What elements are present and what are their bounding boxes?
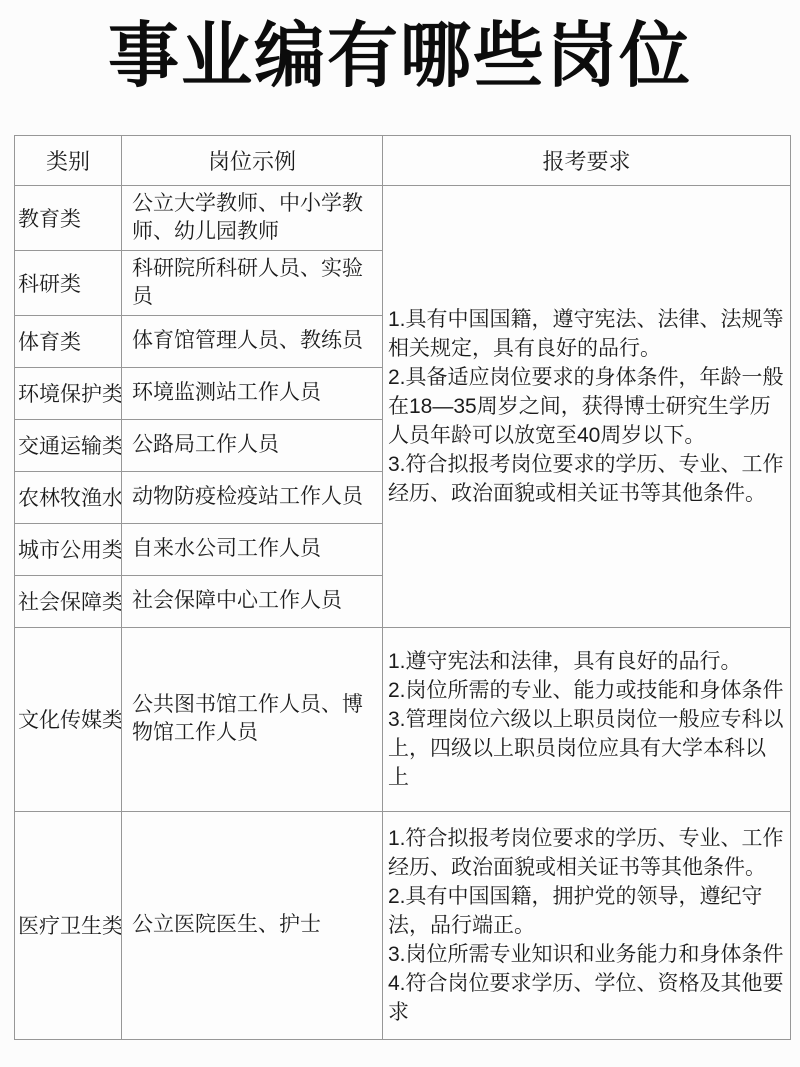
category-cell: 环境保护类 [15,367,122,419]
requirement-item: 3.符合拟报考岗位要求的学历、专业、工作经历、政治面貌或相关证书等其他条件。 [388,450,785,508]
requirement-item: 1.符合拟报考岗位要求的学历、专业、工作经历、政治面貌或相关证书等其他条件。 [388,824,785,882]
examples-cell: 科研院所科研人员、实验员 [122,250,383,315]
category-cell: 教育类 [15,186,122,251]
examples-cell: 社会保障中心工作人员 [122,575,383,627]
examples-cell: 自来水公司工作人员 [122,523,383,575]
requirement-item: 3.管理岗位六级以上职员岗位一般应专科以上，四级以上职员岗位应具有大学本科以上 [388,705,785,792]
requirements-cell-general: 1.具有中国国籍，遵守宪法、法律、法规等相关规定，具有良好的品行。 2.具备适应… [383,186,791,628]
header-requirements: 报考要求 [383,136,791,186]
examples-cell: 动物防疫检疫站工作人员 [122,471,383,523]
requirement-item: 4.符合岗位要求学历、学位、资格及其他要求 [388,969,785,1027]
page-title: 事业编有哪些岗位 [0,0,800,98]
header-category: 类别 [15,136,122,186]
examples-cell: 体育馆管理人员、教练员 [122,315,383,367]
category-cell: 文化传媒类 [15,627,122,811]
requirement-item: 2.具有中国国籍，拥护党的领导，遵纪守法，品行端正。 [388,882,785,940]
requirement-item: 1.遵守宪法和法律，具有良好的品行。 [388,647,785,676]
requirement-item: 2.具备适应岗位要求的身体条件，年龄一般在18—35周岁之间，获得博士研究生学历… [388,363,785,450]
examples-cell: 公立大学教师、中小学教师、幼儿园教师 [122,186,383,251]
category-cell: 体育类 [15,315,122,367]
requirements-cell-medical: 1.符合拟报考岗位要求的学历、专业、工作经历、政治面貌或相关证书等其他条件。 2… [383,811,791,1039]
category-cell: 医疗卫生类 [15,811,122,1039]
requirements-cell-culture: 1.遵守宪法和法律，具有良好的品行。 2.岗位所需的专业、能力或技能和身体条件 … [383,627,791,811]
category-cell: 城市公用类 [15,523,122,575]
table-row: 文化传媒类 公共图书馆工作人员、博物馆工作人员 1.遵守宪法和法律，具有良好的品… [15,627,791,811]
category-cell: 科研类 [15,250,122,315]
category-cell: 交通运输类 [15,419,122,471]
header-examples: 岗位示例 [122,136,383,186]
requirement-item: 1.具有中国国籍，遵守宪法、法律、法规等相关规定，具有良好的品行。 [388,305,785,363]
requirement-item: 2.岗位所需的专业、能力或技能和身体条件 [388,676,785,705]
table-row: 教育类 公立大学教师、中小学教师、幼儿园教师 1.具有中国国籍，遵守宪法、法律、… [15,186,791,251]
requirement-item: 3.岗位所需专业知识和业务能力和身体条件 [388,940,785,969]
examples-cell: 公共图书馆工作人员、博物馆工作人员 [122,627,383,811]
category-cell: 农林牧渔水类 [15,471,122,523]
examples-cell: 公路局工作人员 [122,419,383,471]
category-cell: 社会保障类 [15,575,122,627]
examples-cell: 公立医院医生、护士 [122,811,383,1039]
positions-table: 类别 岗位示例 报考要求 教育类 公立大学教师、中小学教师、幼儿园教师 1.具有… [14,135,791,1040]
table-header-row: 类别 岗位示例 报考要求 [15,136,791,186]
infographic-page: 事业编有哪些岗位 类别 岗位示例 报考要求 教育类 公立大学教师、中小学教师、幼… [0,0,800,1067]
table-row: 医疗卫生类 公立医院医生、护士 1.符合拟报考岗位要求的学历、专业、工作经历、政… [15,811,791,1039]
examples-cell: 环境监测站工作人员 [122,367,383,419]
